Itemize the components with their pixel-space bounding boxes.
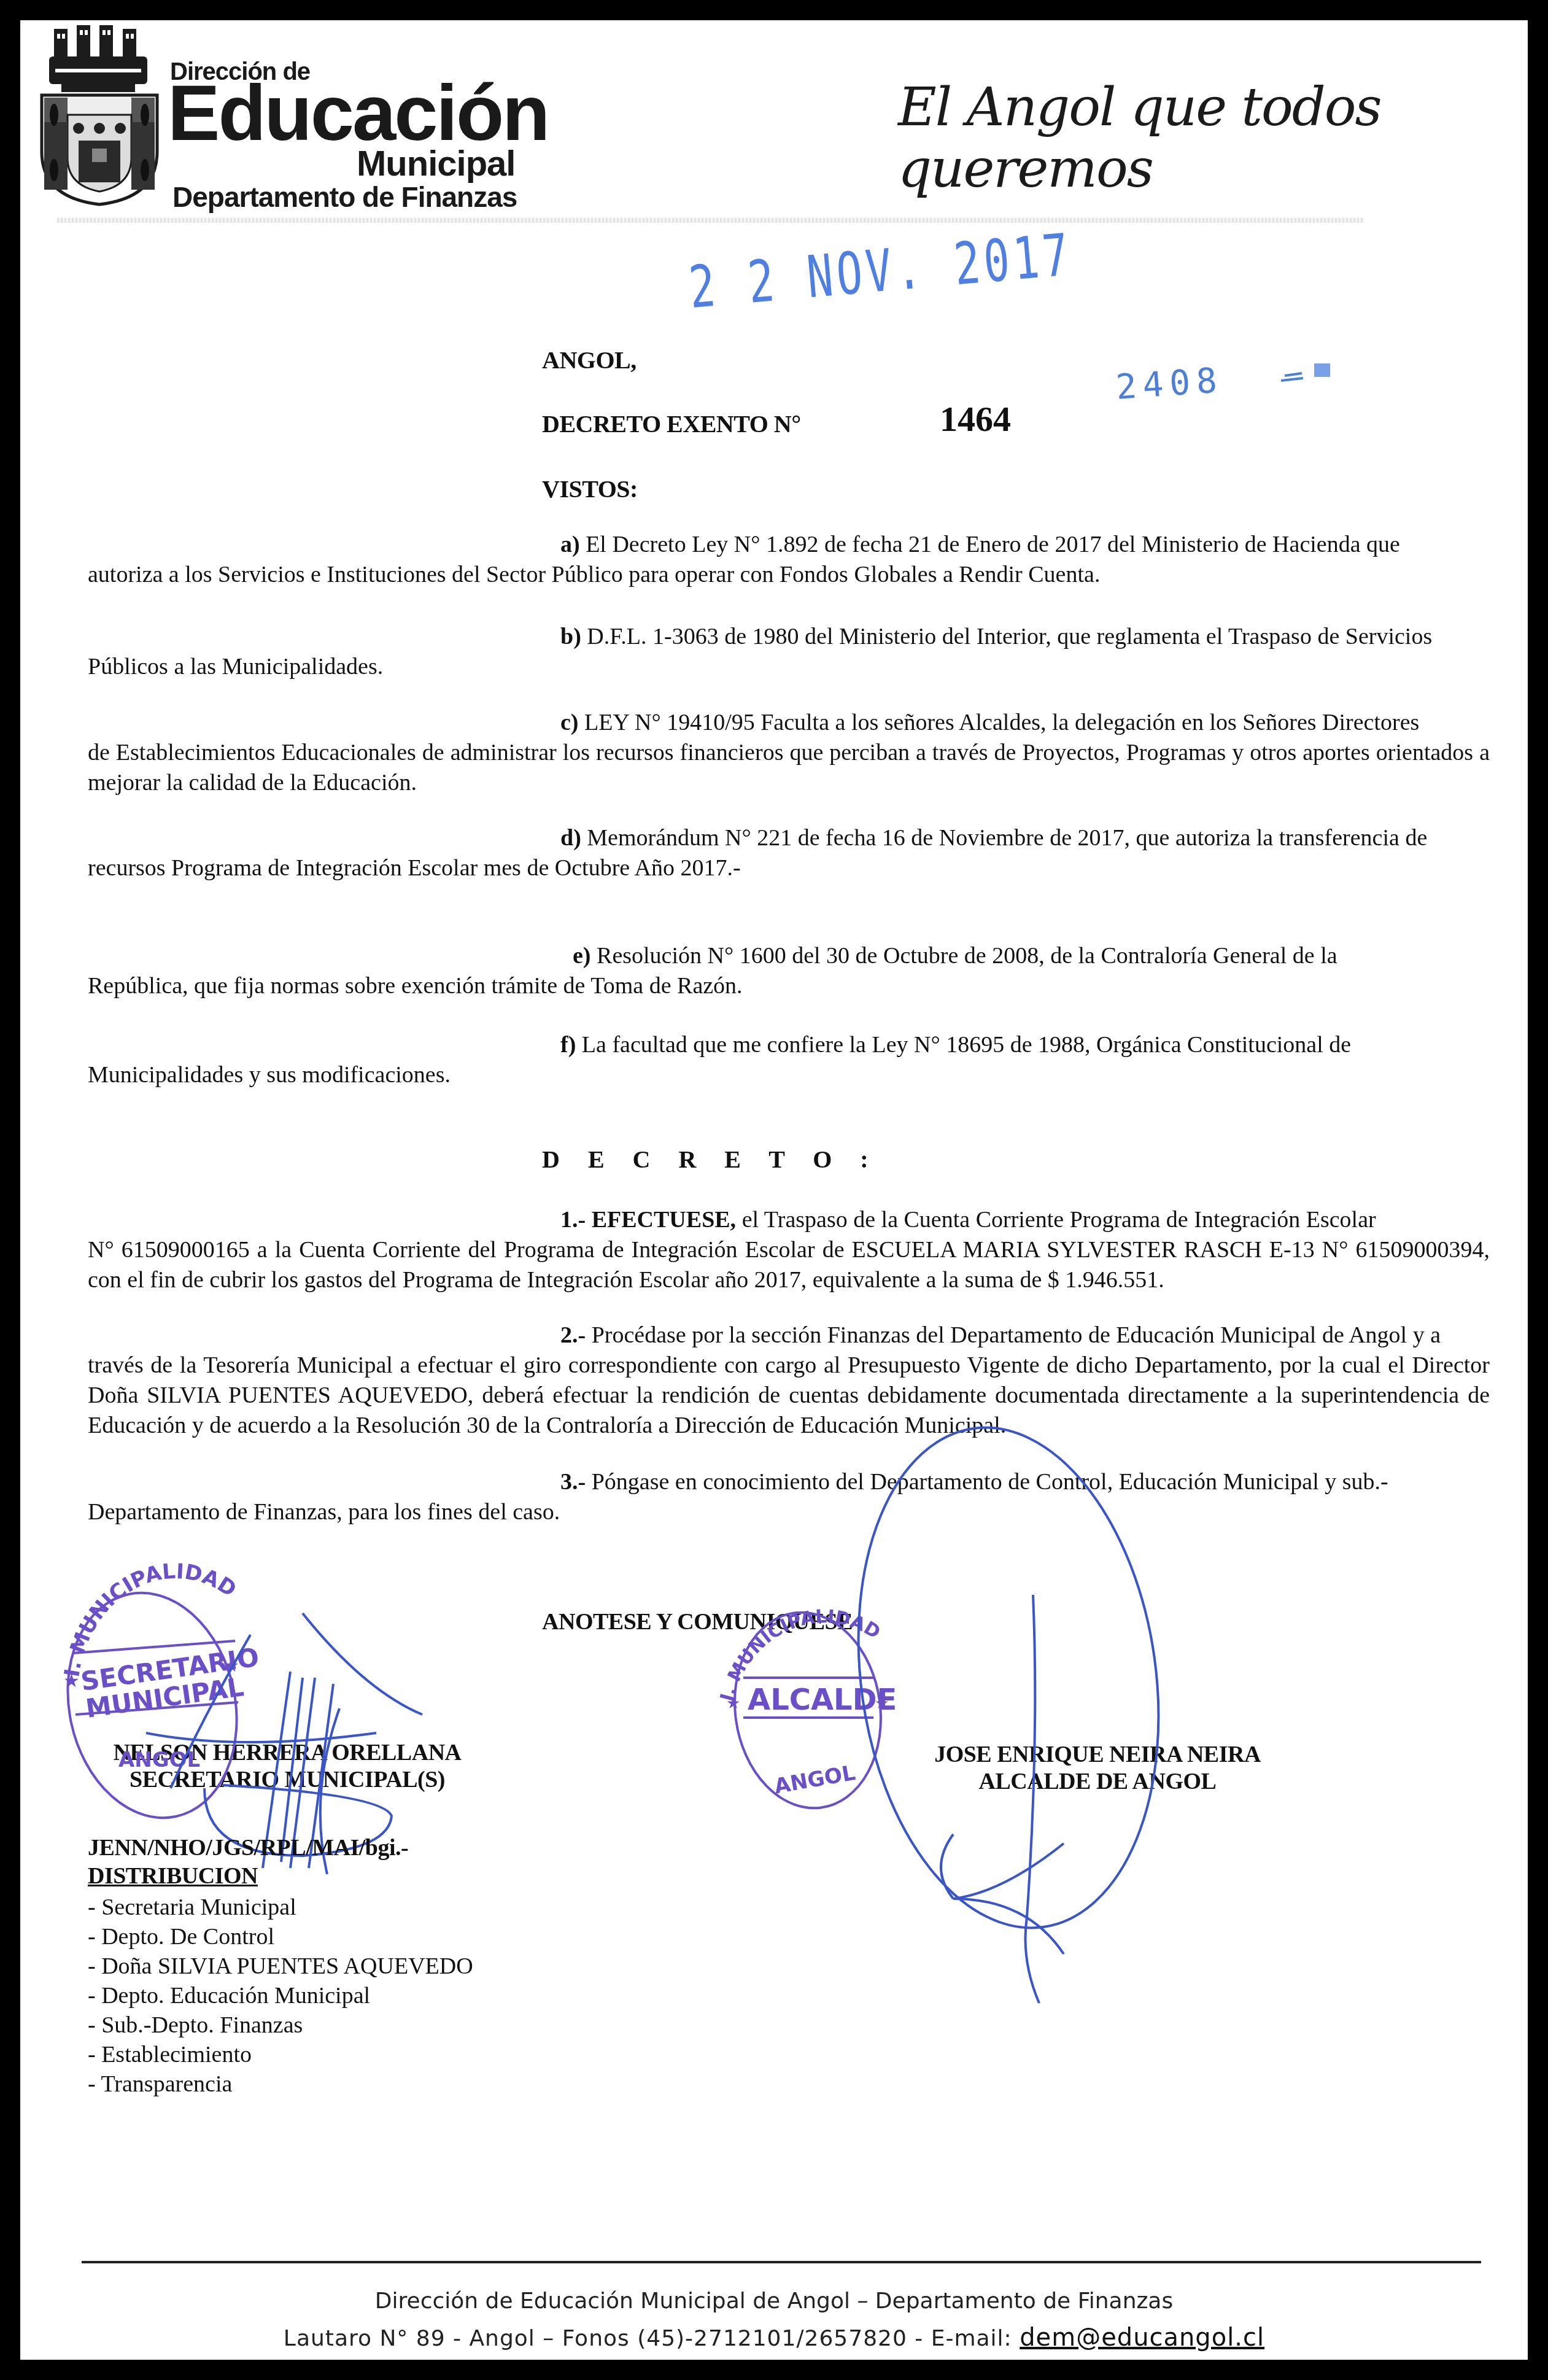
- decree-label: DECRETO EXENTO N°: [542, 409, 801, 438]
- svg-text:★: ★: [875, 1694, 889, 1713]
- logo-municipal: Municipal: [357, 146, 515, 182]
- svg-text:ANGOL: ANGOL: [772, 1761, 857, 1799]
- list-item: - Sub.-Depto. Finanzas: [88, 2010, 473, 2040]
- decree-number: 1464: [940, 398, 1011, 440]
- list-item: - Establecimiento: [88, 2040, 473, 2069]
- footer-institution: Dirección de Educación Municipal de Ango…: [20, 2289, 1528, 2314]
- initials-reference: JENN/NHO/JGS/RPL/MAI/bgi.-: [88, 1834, 408, 1861]
- list-item: - Transparencia: [88, 2069, 473, 2099]
- visto-a: a) El Decreto Ley N° 1.892 de fecha 21 d…: [88, 530, 1490, 590]
- svg-text:★: ★: [63, 1670, 80, 1692]
- received-date-stamp: 2 2 NOV. 2017: [686, 220, 1075, 322]
- closing-text: ANOTESE Y COMUNIQUESE: [542, 1608, 853, 1635]
- distribution-list: - Secretaria Municipal - Depto. De Contr…: [88, 1893, 473, 2099]
- logo-departamento-finanzas: Departamento de Finanzas: [172, 183, 517, 211]
- footer-email-link[interactable]: dem@educangol.cl: [1020, 2324, 1264, 2352]
- header-divider: [57, 218, 1364, 223]
- decreto-title: D E C R E T O :: [542, 1145, 880, 1174]
- article-2: 2.- Procédase por la sección Finanzas de…: [88, 1320, 1490, 1441]
- article-3: 3.- Póngase en conocimiento del Departam…: [88, 1467, 1490, 1527]
- secretary-name: NELSON HERRERA ORELLANA: [91, 1739, 484, 1766]
- visto-b: b) D.F.L. 1-3063 de 1980 del Ministerio …: [88, 622, 1490, 682]
- article-1: 1.- EFECTUESE, el Traspaso de la Cuenta …: [88, 1205, 1490, 1295]
- list-item: - Secretaria Municipal: [88, 1893, 473, 1922]
- footer-divider: [82, 2261, 1481, 2263]
- visto-c: c) LEY N° 19410/95 Faculta a los señores…: [88, 708, 1490, 798]
- header-tagline: El Angol que todos queremos: [898, 77, 1528, 200]
- secretary-seal-icon: [47, 1577, 257, 1834]
- visto-e: e) Resolución N° 1600 del 30 de Octubre …: [88, 941, 1490, 1001]
- footer-address: Lautaro N° 89 - Angol – Fonos (45)-27121…: [284, 2326, 1020, 2351]
- mayor-title: ALCALDE DE ANGOL: [901, 1768, 1294, 1795]
- secretary-title: SECRETARIO MUNICIPAL(S): [91, 1766, 484, 1793]
- svg-text:★: ★: [726, 1694, 740, 1713]
- mayor-name: JOSE ENRIQUE NEIRA NEIRA: [901, 1741, 1294, 1768]
- mayor-signature-block: JOSE ENRIQUE NEIRA NEIRA ALCALDE DE ANGO…: [901, 1741, 1294, 1795]
- list-item: - Doña SILVIA PUENTES AQUEVEDO: [88, 1952, 473, 1981]
- list-item: - Depto. De Control: [88, 1922, 473, 1952]
- svg-text:ALCALDE: ALCALDE: [748, 1683, 897, 1717]
- vistos-title: VISTOS:: [542, 475, 638, 503]
- distribution-title: DISTRIBUCION: [88, 1863, 258, 1890]
- list-item: - Depto. Educación Municipal: [88, 1981, 473, 2010]
- logo-educacion: Educación: [168, 74, 548, 153]
- svg-text:★: ★: [223, 1655, 239, 1676]
- footer-contact: Lautaro N° 89 - Angol – Fonos (45)-27121…: [20, 2324, 1528, 2352]
- visto-f: f) La facultad que me confiere la Ley N°…: [88, 1030, 1490, 1090]
- visto-d: d) Memorándum N° 221 de fecha 16 de Novi…: [88, 823, 1490, 883]
- stamp-mark-icon: [1279, 361, 1334, 386]
- municipal-crest-icon: [31, 23, 168, 207]
- document-page: Dirección de Educación Municipal Departa…: [20, 20, 1528, 2360]
- svg-text:I. MUNICIPALIDAD: I. MUNICIPALIDAD: [60, 1559, 241, 1679]
- registry-number-stamp: 2408: [1115, 360, 1225, 408]
- svg-text:SECRETARIO: SECRETARIO: [79, 1642, 261, 1697]
- secretary-signature-block: NELSON HERRERA ORELLANA SECRETARIO MUNIC…: [91, 1739, 484, 1793]
- city-label: ANGOL,: [542, 346, 637, 374]
- svg-text:MUNICIPAL: MUNICIPAL: [84, 1672, 246, 1724]
